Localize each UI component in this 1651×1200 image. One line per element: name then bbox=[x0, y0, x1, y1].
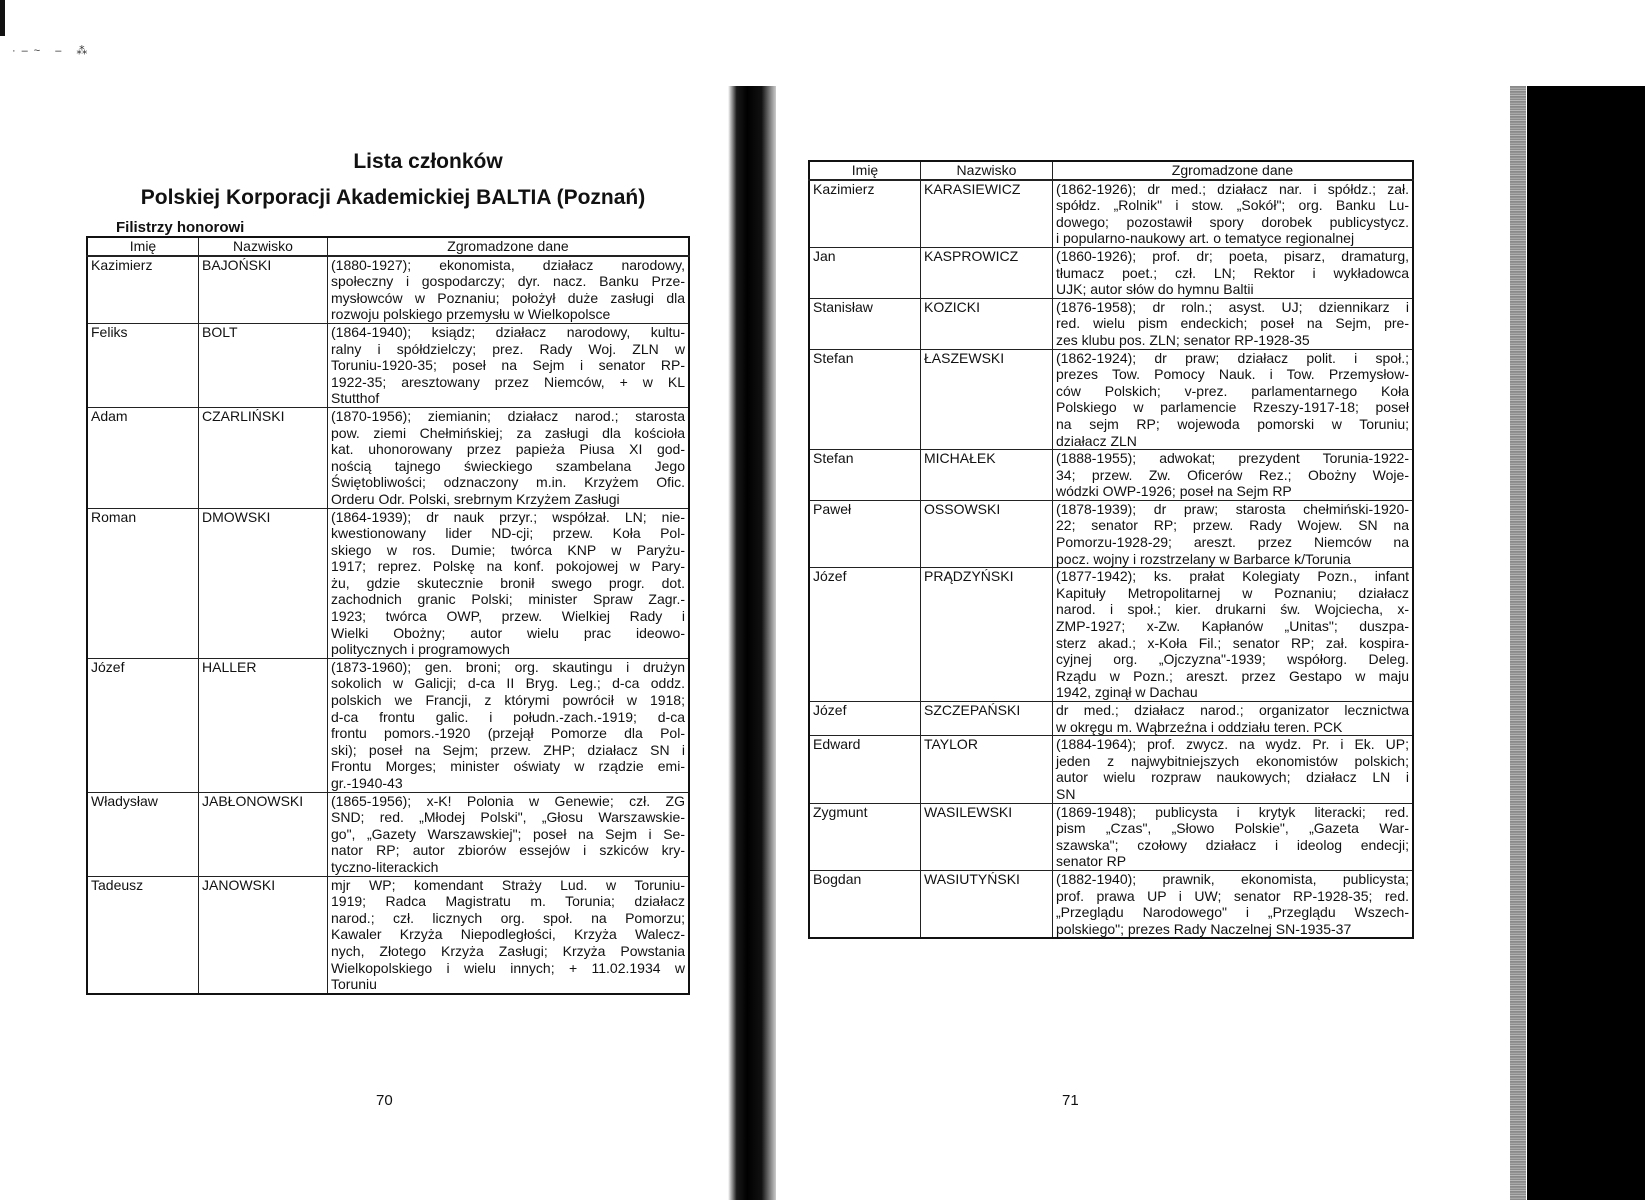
details-line: zes klubu pos. ZLN; senator RP-1928-35 bbox=[1056, 332, 1409, 349]
details-line: Wielkopolskiego i wielu innych; + 11.02.… bbox=[331, 960, 685, 977]
details-line: ralny i spółdzielczy; prez. Rady Woj. ZL… bbox=[331, 341, 685, 358]
details-line: SND; red. „Młodej Polski", „Głosu Warsza… bbox=[331, 809, 685, 826]
details-line: dr med.; działacz narod.; organizator le… bbox=[1056, 702, 1409, 719]
details-line: nych, Złotego Krzyża Zasługi; Krzyża Pow… bbox=[331, 943, 685, 960]
cell-surname: OSSOWSKI bbox=[921, 500, 1053, 567]
scan-black-border bbox=[1527, 86, 1645, 1200]
table-header-row: Imię Nazwisko Zgromadzone dane bbox=[809, 161, 1413, 180]
details-line: pow. ziemi Chełmińskiej; za zasługi dla … bbox=[331, 425, 685, 442]
details-line: jeden z najwybitniejszych ekonomistów po… bbox=[1056, 753, 1409, 770]
details-line: (1873-1960); gen. broni; org. skautingu … bbox=[331, 659, 685, 676]
cell-first-name: Józef bbox=[809, 568, 921, 702]
details-line: rozwoju polskiego przemysłu w Wielkopols… bbox=[331, 306, 685, 323]
details-line: Toruniu bbox=[331, 976, 685, 993]
table-row: ZygmuntWASILEWSKI(1869-1948); publicysta… bbox=[809, 803, 1413, 870]
details-line: mysłowców w Poznaniu; położył duże zasłu… bbox=[331, 290, 685, 307]
details-line: pocz. wojny i rozstrzelany w Barbarce k/… bbox=[1056, 551, 1409, 568]
cell-details: (1862-1926); dr med.; działacz nar. i sp… bbox=[1053, 180, 1414, 248]
details-line: SN bbox=[1056, 786, 1409, 803]
cell-surname: WASILEWSKI bbox=[921, 803, 1053, 870]
cell-surname: BAJOŃSKI bbox=[199, 256, 328, 324]
details-line: nator RP; autor zbiorów essejów i szkicó… bbox=[331, 842, 685, 859]
cell-first-name: Stefan bbox=[809, 450, 921, 501]
details-line: Pomorzu-1928-29; areszt. przez Niemców n… bbox=[1056, 534, 1409, 551]
details-line: (1862-1926); dr med.; działacz nar. i sp… bbox=[1056, 181, 1409, 198]
table-row: AdamCZARLIŃSKI(1870-1956); ziemianin; dz… bbox=[87, 407, 689, 508]
column-header-details: Zgromadzone dane bbox=[328, 237, 690, 256]
table-row: TadeuszJANOWSKImjr WP; komendant Straży … bbox=[87, 876, 689, 994]
cell-details: dr med.; działacz narod.; organizator le… bbox=[1053, 702, 1414, 736]
cell-details: (1877-1942); ks. prałat Kolegiaty Pozn.,… bbox=[1053, 568, 1414, 702]
details-line: (1877-1942); ks. prałat Kolegiaty Pozn.,… bbox=[1056, 568, 1409, 585]
scan-scribble: ·–~ – ⁂ bbox=[12, 44, 93, 57]
cell-first-name: Kazimierz bbox=[809, 180, 921, 248]
page-number-right: 71 bbox=[1062, 1092, 1079, 1109]
details-line: społeczny i gospodarczy; dyr. nacz. Bank… bbox=[331, 273, 685, 290]
members-table-right: Imię Nazwisko Zgromadzone dane Kazimierz… bbox=[808, 160, 1414, 939]
details-line: frontu pomors.-1920 (przejął Pomorze dla… bbox=[331, 725, 685, 742]
details-line: (1878-1939); dr praw; starosta chełmińsk… bbox=[1056, 501, 1409, 518]
details-line: (1865-1956); x-K! Polonia w Genewie; czł… bbox=[331, 793, 685, 810]
cell-details: (1862-1924); dr praw; działacz polit. i … bbox=[1053, 349, 1414, 450]
table-header-row: Imię Nazwisko Zgromadzone dane bbox=[87, 237, 689, 256]
details-line: Rządu w Pozn.; areszt. przez Gestapo w m… bbox=[1056, 668, 1409, 685]
details-line: go", „Gazety Warszawskiej"; poseł na Sej… bbox=[331, 826, 685, 843]
cell-surname: DMOWSKI bbox=[199, 508, 328, 658]
details-line: (1862-1924); dr praw; działacz polit. i … bbox=[1056, 350, 1409, 367]
page-title-line1: Lista członków bbox=[86, 150, 690, 174]
table-row: JózefPRĄDZYŃSKI(1877-1942); ks. prałat K… bbox=[809, 568, 1413, 702]
details-line: w okręgu m. Wąbrzeźna i oddziału teren. … bbox=[1056, 719, 1409, 736]
details-line: cyjnej org. „Ojczyzna"-1939; współorg. D… bbox=[1056, 651, 1409, 668]
cell-details: (1870-1956); ziemianin; działacz narod.;… bbox=[328, 407, 690, 508]
cell-first-name: Roman bbox=[87, 508, 199, 658]
cell-first-name: Feliks bbox=[87, 323, 199, 407]
details-line: UJK; autor słów do hymnu Baltii bbox=[1056, 281, 1409, 298]
table-row: JózefHALLER(1873-1960); gen. broni; org.… bbox=[87, 658, 689, 792]
details-line: (1860-1926); prof. dr; poeta, pisarz, dr… bbox=[1056, 248, 1409, 265]
details-line: (1884-1964); prof. zwycz. na wydz. Pr. i… bbox=[1056, 736, 1409, 753]
details-line: polskich we Francji, z którymi powrócił … bbox=[331, 692, 685, 709]
table-row: WładysławJABŁONOWSKI(1865-1956); x-K! Po… bbox=[87, 792, 689, 876]
cell-details: (1882-1940); prawnik, ekonomista, public… bbox=[1053, 870, 1414, 938]
cell-details: (1865-1956); x-K! Polonia w Genewie; czł… bbox=[328, 792, 690, 876]
cell-details: (1876-1958); dr roln.; asyst. UJ; dzienn… bbox=[1053, 298, 1414, 349]
details-line: kwestionowany lider ND-cji; przew. Koła … bbox=[331, 525, 685, 542]
cell-details: (1888-1955); adwokat; prezydent Torunia-… bbox=[1053, 450, 1414, 501]
table-row: KazimierzKARASIEWICZ(1862-1926); dr med.… bbox=[809, 180, 1413, 248]
details-line: i popularno-naukowy art. o tematyce regi… bbox=[1056, 230, 1409, 247]
details-line: Polskiego w parlamencie Rzeszy-1917-18; … bbox=[1056, 399, 1409, 416]
cell-first-name: Adam bbox=[87, 407, 199, 508]
cell-first-name: Stanisław bbox=[809, 298, 921, 349]
members-table-left: Imię Nazwisko Zgromadzone dane Kazimierz… bbox=[86, 236, 690, 995]
column-header-first-name: Imię bbox=[809, 161, 921, 180]
details-line: szawska"; czołowy działacz i ideolog end… bbox=[1056, 837, 1409, 854]
page-edge-noise bbox=[1510, 86, 1526, 1200]
cell-surname: KASPROWICZ bbox=[921, 247, 1053, 298]
details-line: Frontu Morges; minister oświaty w rządzi… bbox=[331, 758, 685, 775]
section-heading: Filistrzy honorowi bbox=[116, 220, 690, 236]
cell-surname: KOZICKI bbox=[921, 298, 1053, 349]
cell-surname: KARASIEWICZ bbox=[921, 180, 1053, 248]
table-row: KazimierzBAJOŃSKI(1880-1927); ekonomista… bbox=[87, 256, 689, 324]
cell-surname: TAYLOR bbox=[921, 736, 1053, 803]
details-line: politycznych i programowych bbox=[331, 641, 685, 658]
details-line: Kapituły Metropolitarnej w Poznaniu; dzi… bbox=[1056, 585, 1409, 602]
details-line: 1942, zginął w Dachau bbox=[1056, 684, 1409, 701]
details-line: narod. i społ.; kier. drukarni św. Wojci… bbox=[1056, 601, 1409, 618]
cell-surname: CZARLIŃSKI bbox=[199, 407, 328, 508]
cell-first-name: Stefan bbox=[809, 349, 921, 450]
details-line: pism „Czas", „Słowo Polskie", „Gazeta Wa… bbox=[1056, 820, 1409, 837]
cell-details: (1880-1927); ekonomista, działacz narodo… bbox=[328, 256, 690, 324]
details-line: Stutthof bbox=[331, 390, 685, 407]
column-header-surname: Nazwisko bbox=[199, 237, 328, 256]
cell-first-name: Zygmunt bbox=[809, 803, 921, 870]
details-line: ski); poseł na Sejm; przew. ZHP; działac… bbox=[331, 742, 685, 759]
column-header-first-name: Imię bbox=[87, 237, 199, 256]
cell-details: (1864-1940); ksiądz; działacz narodowy, … bbox=[328, 323, 690, 407]
details-line: „Przeglądu Narodowego" i „Przeglądu Wsze… bbox=[1056, 904, 1409, 921]
details-line: d-ca frontu galic. i połudn.-zach.-1919;… bbox=[331, 709, 685, 726]
details-line: prof. prawa UP i UW; senator RP-1928-35;… bbox=[1056, 888, 1409, 905]
details-line: sterz akad.; x-Koła Fil.; senator RP; za… bbox=[1056, 635, 1409, 652]
cell-details: (1860-1926); prof. dr; poeta, pisarz, dr… bbox=[1053, 247, 1414, 298]
cell-surname: PRĄDZYŃSKI bbox=[921, 568, 1053, 702]
table-row: StanisławKOZICKI(1876-1958); dr roln.; a… bbox=[809, 298, 1413, 349]
details-line: działacz ZLN bbox=[1056, 433, 1409, 450]
page-number-left: 70 bbox=[376, 1092, 393, 1109]
table-row: StefanŁASZEWSKI(1862-1924); dr praw; dzi… bbox=[809, 349, 1413, 450]
details-line: Kawaler Krzyża Niepodległości, Krzyża Wa… bbox=[331, 926, 685, 943]
table-row: StefanMICHAŁEK(1888-1955); adwokat; prez… bbox=[809, 450, 1413, 501]
details-line: dowego; pozostawił spory dorobek publicy… bbox=[1056, 214, 1409, 231]
table-body-left: KazimierzBAJOŃSKI(1880-1927); ekonomista… bbox=[87, 256, 689, 994]
cell-surname: BOLT bbox=[199, 323, 328, 407]
details-line: 34; przew. Zw. Oficerów Rez.; Obożny Woj… bbox=[1056, 467, 1409, 484]
details-line: kat. uhonorowany przez papieża Piusa XI … bbox=[331, 441, 685, 458]
cell-first-name: Kazimierz bbox=[87, 256, 199, 324]
page-title-line2: Polskiej Korporacji Akademickiej BALTIA … bbox=[86, 186, 690, 210]
details-line: red. wielu pism endeckich; poseł na Sejm… bbox=[1056, 315, 1409, 332]
table-row: PawełOSSOWSKI(1878-1939); dr praw; staro… bbox=[809, 500, 1413, 567]
details-line: wódzki OWP-1926; poseł na Sejm RP bbox=[1056, 483, 1409, 500]
cell-surname: JANOWSKI bbox=[199, 876, 328, 994]
cell-first-name: Władysław bbox=[87, 792, 199, 876]
cell-details: (1884-1964); prof. zwycz. na wydz. Pr. i… bbox=[1053, 736, 1414, 803]
table-row: JózefSZCZEPAŃSKIdr med.; działacz narod.… bbox=[809, 702, 1413, 736]
table-row: FeliksBOLT(1864-1940); ksiądz; działacz … bbox=[87, 323, 689, 407]
details-line: (1870-1956); ziemianin; działacz narod.;… bbox=[331, 408, 685, 425]
table-row: BogdanWASIUTYŃSKI(1882-1940); prawnik, e… bbox=[809, 870, 1413, 938]
details-line: 22; senator RP; przew. Rady Wojew. SN na bbox=[1056, 517, 1409, 534]
details-line: (1880-1927); ekonomista, działacz narodo… bbox=[331, 257, 685, 274]
details-line: (1869-1948); publicysta i krytyk literac… bbox=[1056, 804, 1409, 821]
cell-surname: HALLER bbox=[199, 658, 328, 792]
column-header-surname: Nazwisko bbox=[921, 161, 1053, 180]
cell-details: (1869-1948); publicysta i krytyk literac… bbox=[1053, 803, 1414, 870]
table-row: RomanDMOWSKI(1864-1939); dr nauk przyr.;… bbox=[87, 508, 689, 658]
right-page: Imię Nazwisko Zgromadzone dane Kazimierz… bbox=[808, 160, 1414, 939]
details-line: autor wielu rozpraw naukowych; działacz … bbox=[1056, 769, 1409, 786]
table-body-right: KazimierzKARASIEWICZ(1862-1926); dr med.… bbox=[809, 180, 1413, 939]
details-line: zachodnich granic Polski; minister Spraw… bbox=[331, 591, 685, 608]
details-line: prezes Tow. Pomocy Nauk. i Tow. Przemysł… bbox=[1056, 366, 1409, 383]
details-line: skiego w ros. Dumie; twórca KNP w Paryżu… bbox=[331, 542, 685, 559]
details-line: (1888-1955); adwokat; prezydent Torunia-… bbox=[1056, 450, 1409, 467]
left-page: Lista członków Polskiej Korporacji Akade… bbox=[86, 150, 690, 995]
cell-surname: JABŁONOWSKI bbox=[199, 792, 328, 876]
details-line: Orderu Odr. Polski, srebrnym Krzyżem Zas… bbox=[331, 491, 685, 508]
details-line: Świętobliwości; odznaczony m.in. Krzyżem… bbox=[331, 474, 685, 491]
details-line: 1922-35; aresztowany przez Niemców, + w … bbox=[331, 374, 685, 391]
details-line: sokolich w Galicji; d-ca II Bryg. Leg.; … bbox=[331, 675, 685, 692]
cell-first-name: Józef bbox=[809, 702, 921, 736]
details-line: (1864-1940); ksiądz; działacz narodowy, … bbox=[331, 324, 685, 341]
details-line: mjr WP; komendant Straży Lud. w Toruniu- bbox=[331, 877, 685, 894]
details-line: tłumacz poet.; czł. LN; Rektor i wykłado… bbox=[1056, 265, 1409, 282]
details-line: Toruniu-1920-35; poseł na Sejm i senator… bbox=[331, 357, 685, 374]
details-line: nością tajnego świeckiego szambelana Jeg… bbox=[331, 458, 685, 475]
details-line: ZMP-1927; x-Zw. Kapłanów „Unitas"; duszp… bbox=[1056, 618, 1409, 635]
details-line: (1882-1940); prawnik, ekonomista, public… bbox=[1056, 871, 1409, 888]
details-line: Wielki Obożny; autor wielu prac ideowo- bbox=[331, 625, 685, 642]
cell-first-name: Paweł bbox=[809, 500, 921, 567]
cell-surname: MICHAŁEK bbox=[921, 450, 1053, 501]
cell-surname: WASIUTYŃSKI bbox=[921, 870, 1053, 938]
cell-details: (1873-1960); gen. broni; org. skautingu … bbox=[328, 658, 690, 792]
details-line: 1923; twórca OWP, przew. Wielkiej Rady i bbox=[331, 608, 685, 625]
cell-first-name: Józef bbox=[87, 658, 199, 792]
details-line: spółdz. „Rolnik" i stow. „Sokół"; org. B… bbox=[1056, 197, 1409, 214]
cell-first-name: Jan bbox=[809, 247, 921, 298]
details-line: (1864-1939); dr nauk przyr.; współzał. L… bbox=[331, 509, 685, 526]
cell-details: (1878-1939); dr praw; starosta chełmińsk… bbox=[1053, 500, 1414, 567]
details-line: tyczno-literackich bbox=[331, 859, 685, 876]
column-header-details: Zgromadzone dane bbox=[1053, 161, 1414, 180]
details-line: 1917; reprez. Polskę na konf. pokojowej … bbox=[331, 558, 685, 575]
details-line: (1876-1958); dr roln.; asyst. UJ; dzienn… bbox=[1056, 299, 1409, 316]
cell-surname: ŁASZEWSKI bbox=[921, 349, 1053, 450]
cell-first-name: Tadeusz bbox=[87, 876, 199, 994]
details-line: 1919; Radca Magistratu m. Torunia; dział… bbox=[331, 893, 685, 910]
details-line: polskiego"; prezes Rady Naczelnej SN-193… bbox=[1056, 921, 1409, 938]
details-line: na sejm RP; wojewoda pomorski w Toruniu; bbox=[1056, 416, 1409, 433]
details-line: narod.; czł. licznych org. społ. na Pomo… bbox=[331, 910, 685, 927]
details-line: ców Polskich; v-prez. parlamentarnego Ko… bbox=[1056, 383, 1409, 400]
details-line: gr.-1940-43 bbox=[331, 775, 685, 792]
cell-details: mjr WP; komendant Straży Lud. w Toruniu-… bbox=[328, 876, 690, 994]
scan-corner-mark bbox=[0, 0, 5, 36]
cell-first-name: Edward bbox=[809, 736, 921, 803]
table-row: JanKASPROWICZ(1860-1926); prof. dr; poet… bbox=[809, 247, 1413, 298]
details-line: senator RP bbox=[1056, 853, 1409, 870]
cell-first-name: Bogdan bbox=[809, 870, 921, 938]
book-gutter-shadow bbox=[728, 86, 776, 1200]
cell-details: (1864-1939); dr nauk przyr.; współzał. L… bbox=[328, 508, 690, 658]
cell-surname: SZCZEPAŃSKI bbox=[921, 702, 1053, 736]
table-row: EdwardTAYLOR(1884-1964); prof. zwycz. na… bbox=[809, 736, 1413, 803]
details-line: żu, gdzie skutecznie bronił swego progr.… bbox=[331, 575, 685, 592]
